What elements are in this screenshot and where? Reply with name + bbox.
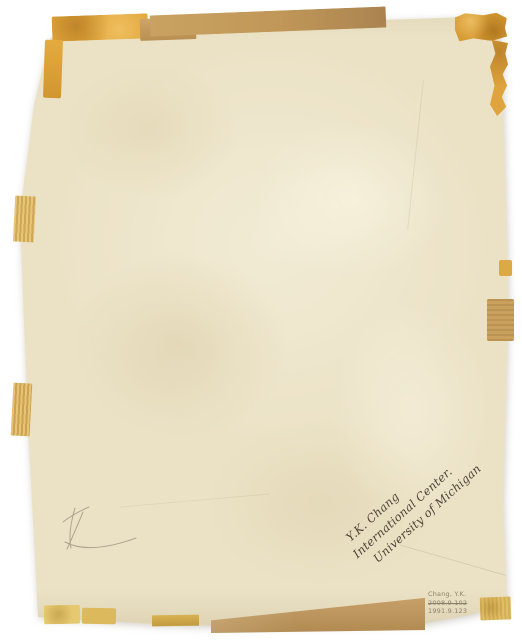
crease-line xyxy=(400,545,508,577)
accession-name: Chang, Y.K. xyxy=(428,590,467,599)
paper-stain xyxy=(250,120,450,280)
paper-stain xyxy=(70,250,290,440)
paper-stain xyxy=(60,60,240,200)
crease-line xyxy=(120,493,270,507)
pencil-monogram-mark xyxy=(54,502,138,552)
accession-number-block: Chang, Y.K. 2008.9.102 1991.9.123 xyxy=(428,590,467,616)
accession-old-number-struck: 2008.9.102 xyxy=(428,599,467,608)
photo-canvas: Y.K. Chang International Center. Univers… xyxy=(0,0,522,640)
accession-current-number: 1991.9.123 xyxy=(428,607,467,616)
crease-line xyxy=(407,80,424,229)
